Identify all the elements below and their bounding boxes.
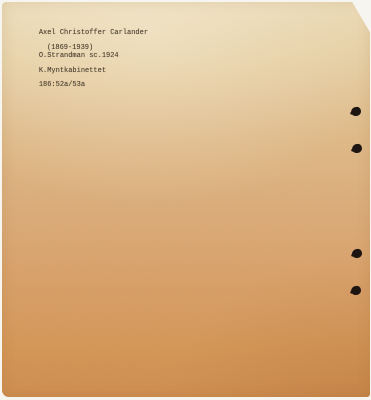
scanned-album-page: Axel Christoffer Carlander (1869-1939) O… bbox=[0, 0, 371, 400]
engraver-line: O.Strandman sc.1924 bbox=[39, 52, 119, 60]
reference-line: 186:52a/53a bbox=[39, 81, 85, 89]
sitter-name: Axel Christoffer Carlander bbox=[39, 29, 148, 37]
typewritten-details: O.Strandman sc.1924 K.Myntkabinettet 186… bbox=[22, 46, 119, 97]
collection-line: K.Myntkabinettet bbox=[39, 67, 106, 75]
